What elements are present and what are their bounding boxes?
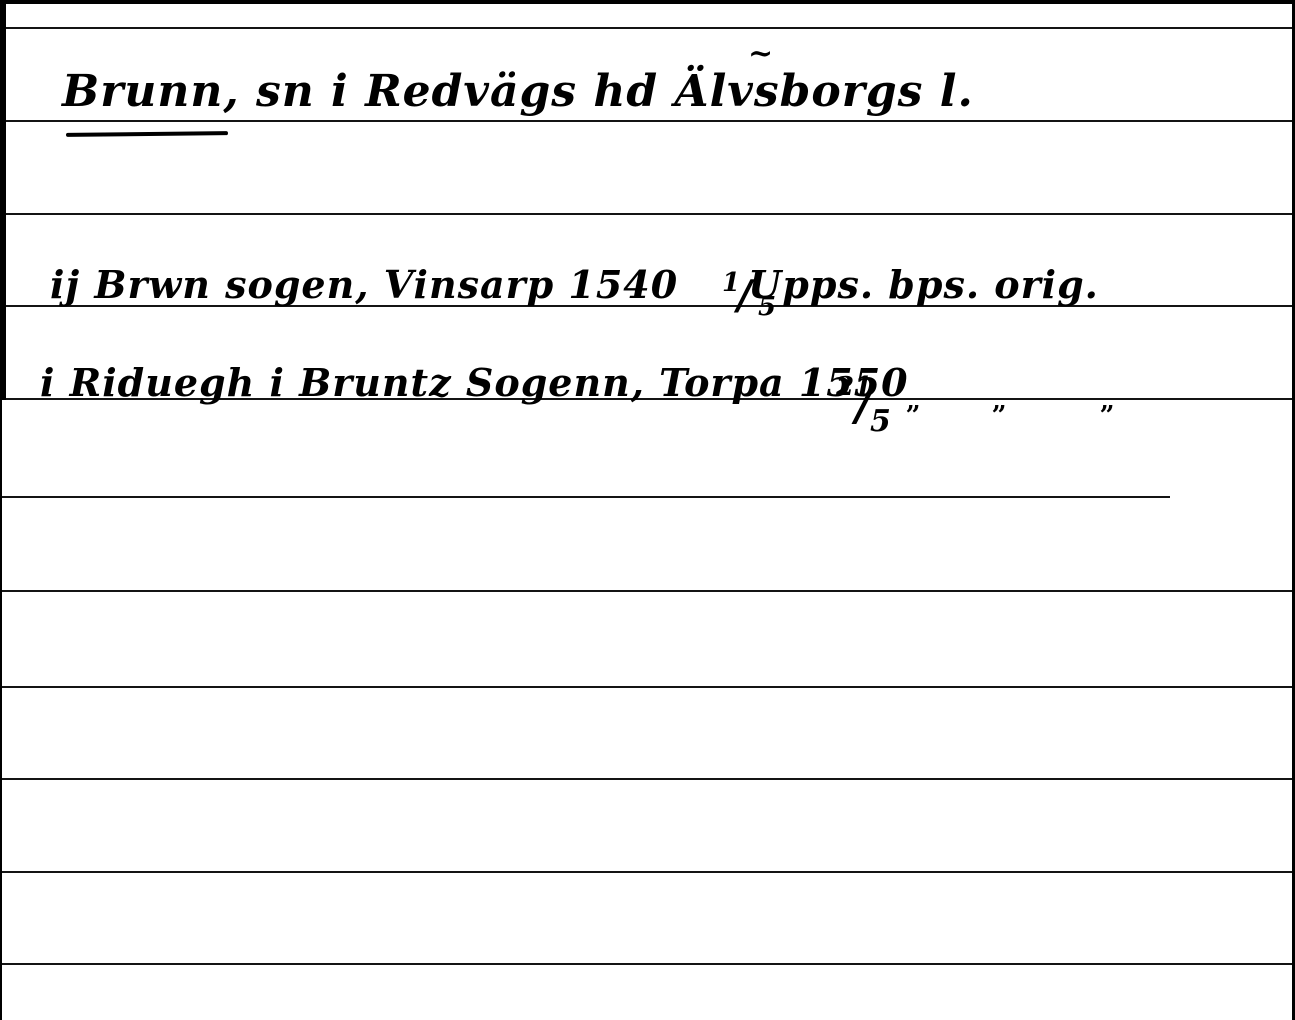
ditto-mark: „ [992, 386, 1007, 416]
ruled-line [0, 120, 1292, 122]
entry-2: i Riduegh i Bruntz Sogenn, Torpa 1550 [40, 360, 909, 405]
ruled-line [0, 963, 1292, 965]
ruled-line [0, 213, 1292, 215]
entry-1-date-denominator: 5 [758, 292, 776, 322]
ruled-line [0, 778, 1292, 780]
entry-1-source: Upps. bps. orig. [748, 262, 1099, 307]
ditto-mark: „ [906, 386, 921, 416]
tilde-mark: ~ [748, 36, 773, 71]
scan-border-left [0, 0, 6, 400]
ruled-line [0, 590, 1292, 592]
heading-underline [66, 131, 228, 137]
heading-name: Brunn [62, 66, 223, 117]
ruled-line [0, 871, 1292, 873]
card-heading: Brunn, sn i Redvägs hd Älvsborgs l. [62, 66, 974, 117]
scan-border-left-lower [0, 400, 2, 1020]
ditto-mark: „ [1100, 386, 1115, 416]
entry-1-date-bar: / [737, 272, 752, 319]
entry-2-date-bar: / [855, 380, 871, 431]
ruled-line [0, 496, 1170, 498]
heading-description: , sn i Redvägs hd Älvsborgs l. [223, 66, 973, 117]
ruled-line [0, 686, 1292, 688]
index-card: Brunn, sn i Redvägs hd Älvsborgs l. ~ ij… [0, 0, 1295, 1020]
scan-border-top [0, 0, 1295, 4]
entry-1: ij Brwn sogen, Vinsarp 1540Upps. bps. or… [50, 262, 1099, 307]
ruled-line [0, 27, 1292, 29]
entry-2-text: i Riduegh i Bruntz Sogenn, Torpa 1550 [40, 360, 909, 405]
entry-2-date-denominator: 5 [870, 404, 891, 439]
entry-1-text: ij Brwn sogen, Vinsarp 1540 [50, 262, 678, 307]
